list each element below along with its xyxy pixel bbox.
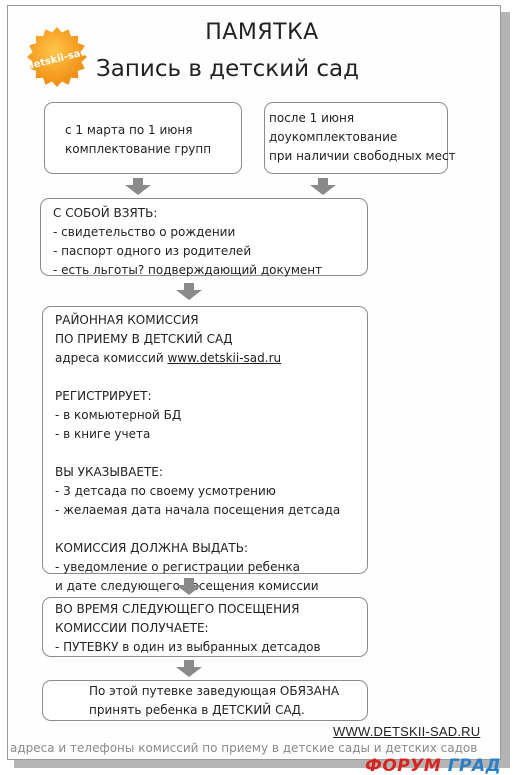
arrow-down-icon xyxy=(309,178,337,196)
box-after-june: после 1 июня доукомплектование при налич… xyxy=(264,102,448,174)
forum-grad-logo: ФОРУМ ГРАД xyxy=(365,756,501,775)
arrow-down-icon xyxy=(175,578,203,596)
arrow-down-icon xyxy=(124,178,152,196)
box-next-visit: ВО ВРЕМЯ СЛЕДУЮЩЕГО ПОСЕЩЕНИЯ КОМИССИИ П… xyxy=(42,597,368,657)
page-subtitle: Запись в детский сад xyxy=(96,56,359,82)
box-final-note: По этой путевке заведующая ОБЯЗАНА приня… xyxy=(42,680,368,721)
box-district-commission: РАЙОННАЯ КОМИССИЯ ПО ПРИЕМУ В ДЕТСКИЙ СА… xyxy=(42,306,368,574)
site-link[interactable]: WWW.DETSKII-SAD.RU xyxy=(333,724,480,739)
page-title: ПАМЯТКА xyxy=(0,20,518,45)
footer-caption: адреса и телефоны комиссий по приему в д… xyxy=(10,741,477,755)
commission-addresses-link[interactable]: www.detskii-sad.ru xyxy=(167,351,281,365)
arrow-down-icon xyxy=(175,283,203,301)
box-march-june: с 1 марта по 1 июня комплектование групп xyxy=(44,102,242,174)
arrow-down-icon xyxy=(175,660,203,678)
box-documents: С СОБОЙ ВЗЯТЬ: - свидетельство о рождени… xyxy=(40,198,368,276)
